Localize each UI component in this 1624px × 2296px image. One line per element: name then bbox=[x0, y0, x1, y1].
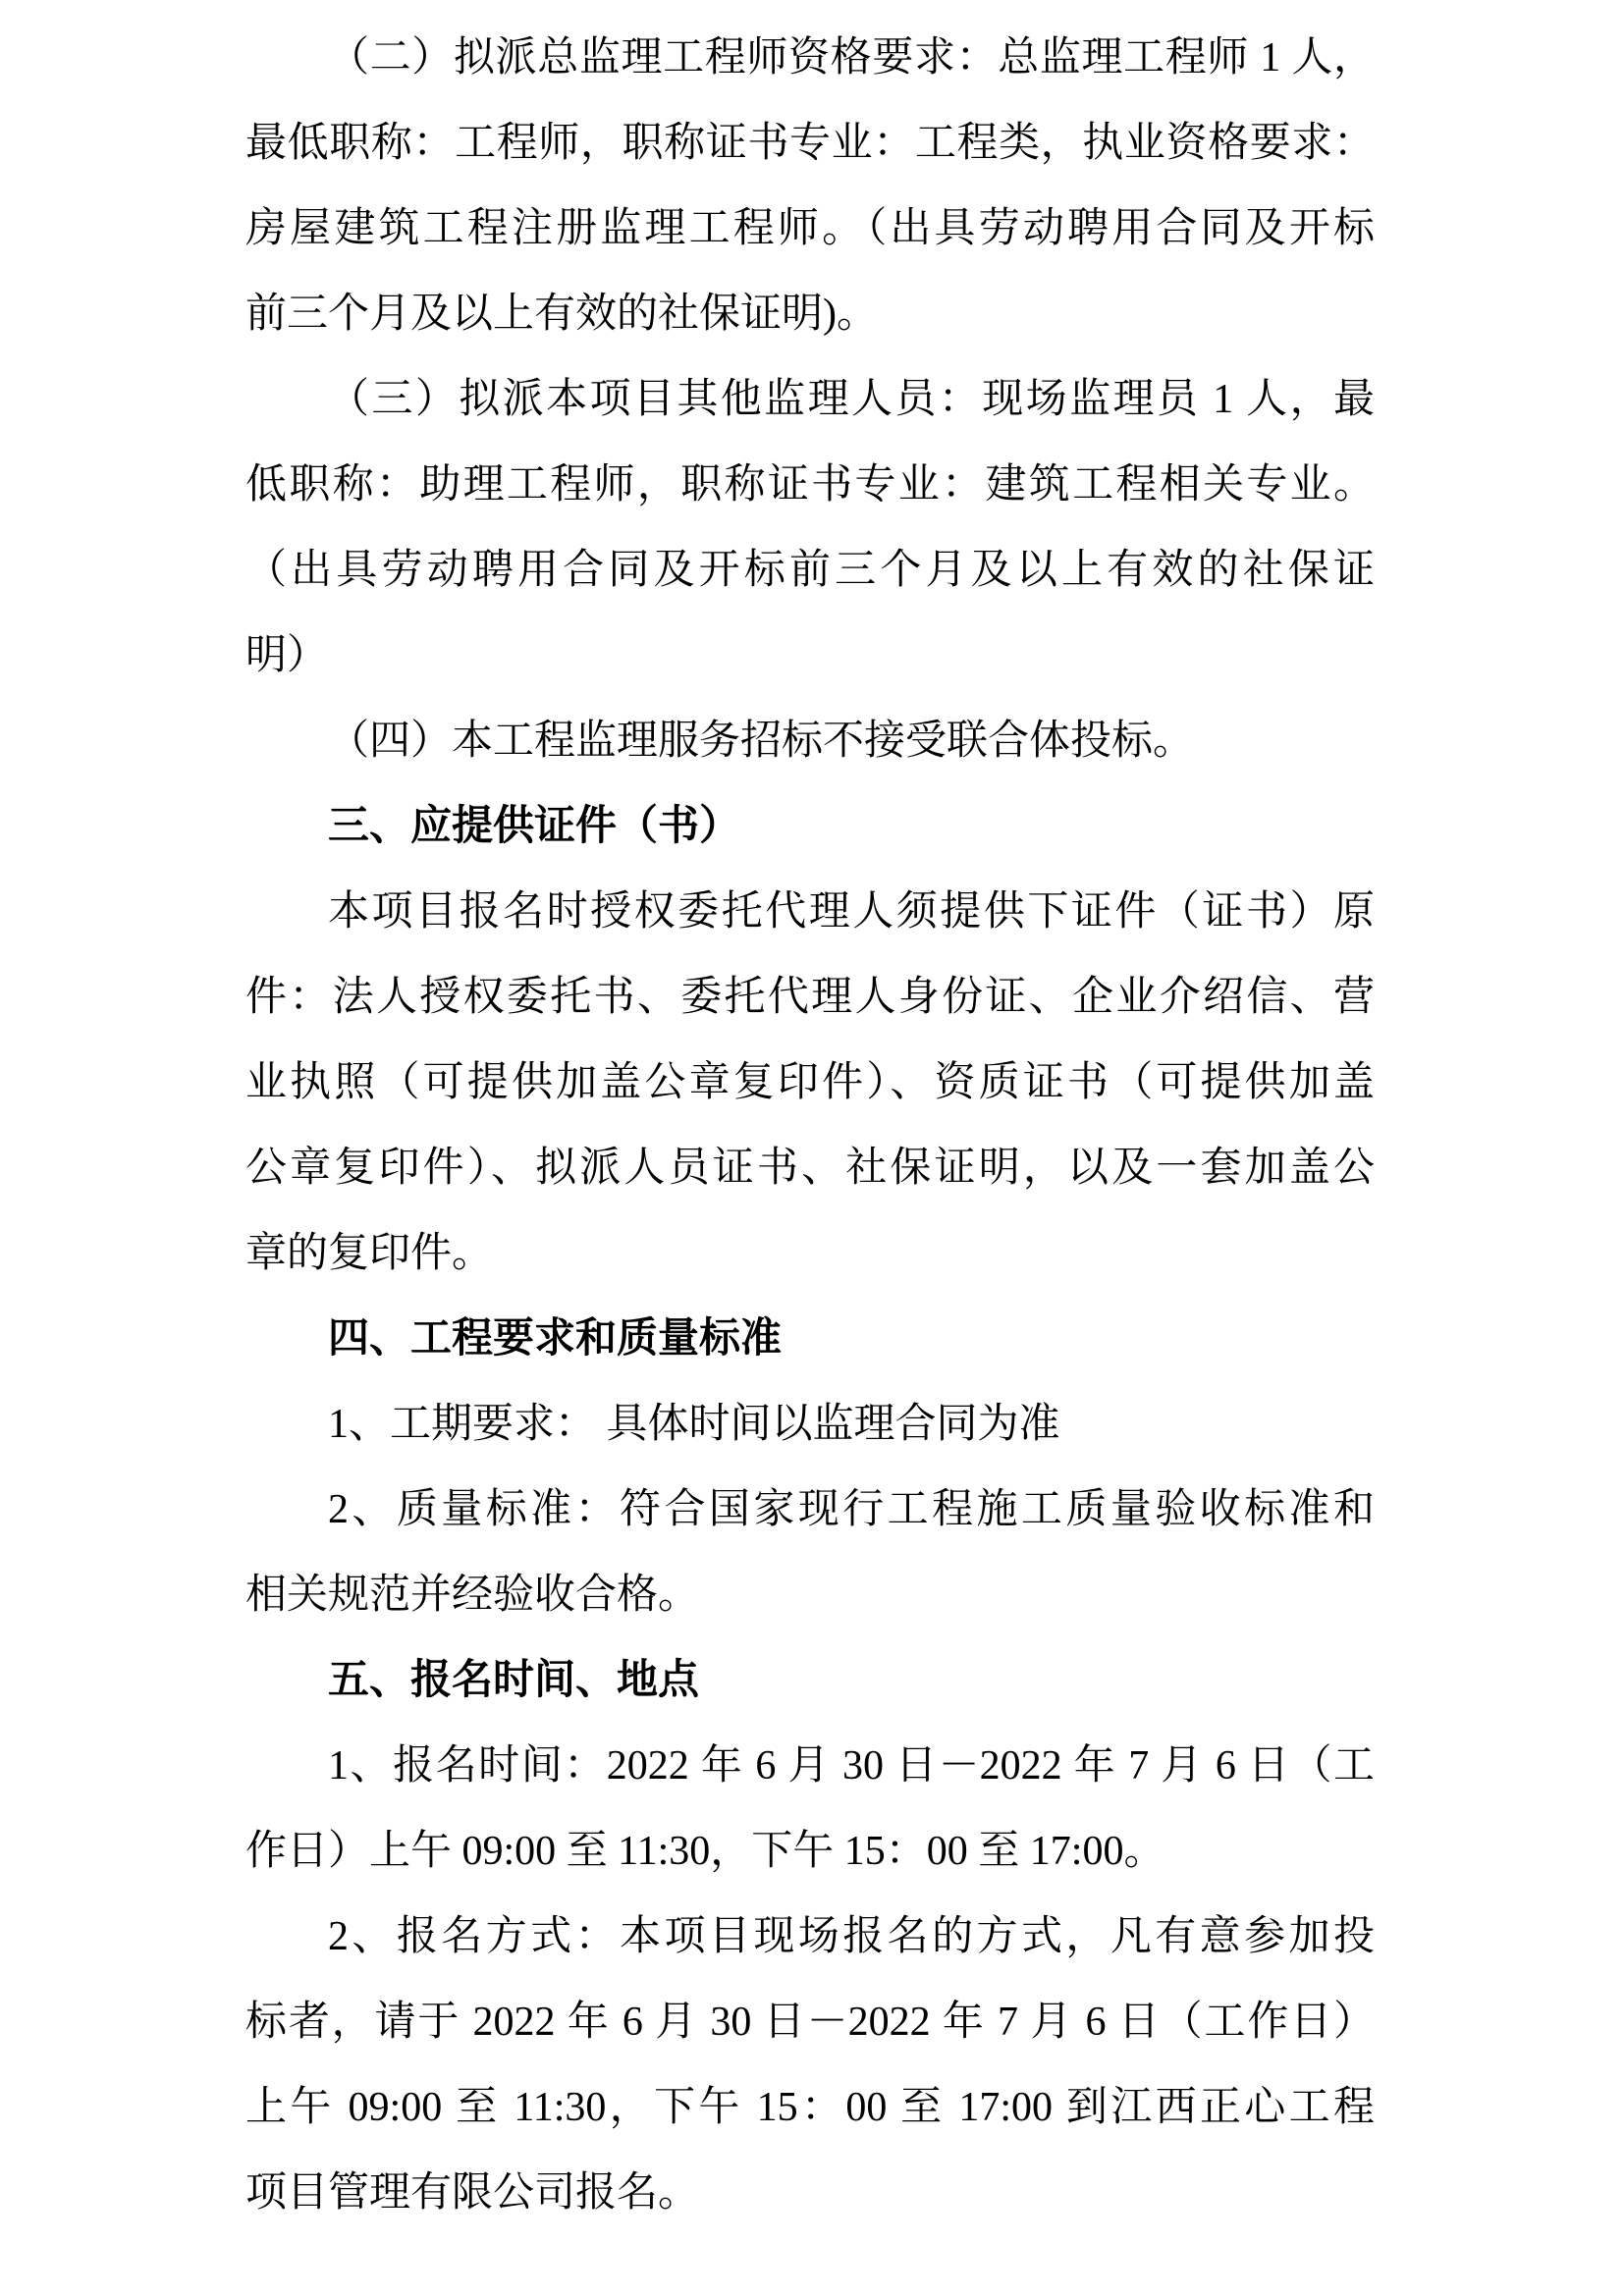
text-line: 低职称：助理工程师，职称证书专业：建筑工程相关专业。 bbox=[245, 443, 1375, 528]
text-line: 前三个月及以上有效的社保证明)。 bbox=[245, 272, 1375, 357]
section-heading-4: 四、工程要求和质量标准 bbox=[245, 1297, 1375, 1382]
section-heading-5: 五、报名时间、地点 bbox=[245, 1638, 1375, 1724]
text-line: 件：法人授权委托书、委托代理人身份证、企业介绍信、营 bbox=[245, 955, 1375, 1041]
text-line: 作日）上午 09:00 至 11:30，下午 15：00 至 17:00。 bbox=[245, 1809, 1375, 1895]
text-line: （出具劳动聘用合同及开标前三个月及以上有效的社保证 bbox=[245, 528, 1375, 614]
paragraph-registration-time: 1、报名时间：2022 年 6 月 30 日－2022 年 7 月 6 日（工 … bbox=[245, 1724, 1375, 1895]
text-line: 1、工期要求： 具体时间以监理合同为准 bbox=[245, 1382, 1375, 1468]
text-line: 上午 09:00 至 11:30，下午 15：00 至 17:00 到江西正心工… bbox=[245, 2065, 1375, 2151]
text-line: （二）拟派总监理工程师资格要求：总监理工程师 1 人， bbox=[245, 16, 1375, 101]
text-line: 公章复印件）、拟派人员证书、社保证明，以及一套加盖公 bbox=[245, 1126, 1375, 1211]
paragraph-clause-3: （三）拟派本项目其他监理人员：现场监理员 1 人，最 低职称：助理工程师，职称证… bbox=[245, 357, 1375, 699]
paragraph-required-documents: 本项目报名时授权委托代理人须提供下证件（证书）原 件：法人授权委托书、委托代理人… bbox=[245, 870, 1375, 1297]
text-line: 业执照（可提供加盖公章复印件）、资质证书（可提供加盖 bbox=[245, 1041, 1375, 1126]
paragraph-registration-method: 2、报名方式：本项目现场报名的方式，凡有意参加投 标者，请于 2022 年 6 … bbox=[245, 1895, 1375, 2236]
text-line: 房屋建筑工程注册监理工程师。（出具劳动聘用合同及开标 bbox=[245, 187, 1375, 272]
text-line: （四）本工程监理服务招标不接受联合体投标。 bbox=[245, 699, 1375, 784]
text-line: 章的复印件。 bbox=[245, 1211, 1375, 1297]
document-text-block: （二）拟派总监理工程师资格要求：总监理工程师 1 人， 最低职称：工程师，职称证… bbox=[245, 16, 1375, 2236]
text-line: （三）拟派本项目其他监理人员：现场监理员 1 人，最 bbox=[245, 357, 1375, 443]
text-line: 2、报名方式：本项目现场报名的方式，凡有意参加投 bbox=[245, 1895, 1375, 1980]
heading-line: 五、报名时间、地点 bbox=[245, 1638, 1375, 1724]
heading-line: 三、应提供证件（书） bbox=[245, 784, 1375, 870]
text-line: 相关规范并经验收合格。 bbox=[245, 1553, 1375, 1638]
text-line: 最低职称：工程师，职称证书专业：工程类，执业资格要求： bbox=[245, 101, 1375, 187]
text-line: 2、质量标准：符合国家现行工程施工质量验收标准和 bbox=[245, 1468, 1375, 1553]
paragraph-clause-2: （二）拟派总监理工程师资格要求：总监理工程师 1 人， 最低职称：工程师，职称证… bbox=[245, 16, 1375, 357]
heading-line: 四、工程要求和质量标准 bbox=[245, 1297, 1375, 1382]
text-line: 项目管理有限公司报名。 bbox=[245, 2151, 1375, 2236]
paragraph-clause-4: （四）本工程监理服务招标不接受联合体投标。 bbox=[245, 699, 1375, 784]
text-line: 本项目报名时授权委托代理人须提供下证件（证书）原 bbox=[245, 870, 1375, 955]
text-line: 标者，请于 2022 年 6 月 30 日－2022 年 7 月 6 日（工作日… bbox=[245, 1980, 1375, 2065]
text-line: 1、报名时间：2022 年 6 月 30 日－2022 年 7 月 6 日（工 bbox=[245, 1724, 1375, 1809]
section-heading-3: 三、应提供证件（书） bbox=[245, 784, 1375, 870]
paragraph-quality-standard: 2、质量标准：符合国家现行工程施工质量验收标准和 相关规范并经验收合格。 bbox=[245, 1468, 1375, 1638]
document-page: （二）拟派总监理工程师资格要求：总监理工程师 1 人， 最低职称：工程师，职称证… bbox=[0, 0, 1624, 2296]
paragraph-schedule-requirement: 1、工期要求： 具体时间以监理合同为准 bbox=[245, 1382, 1375, 1468]
text-line: 明） bbox=[245, 614, 1375, 699]
